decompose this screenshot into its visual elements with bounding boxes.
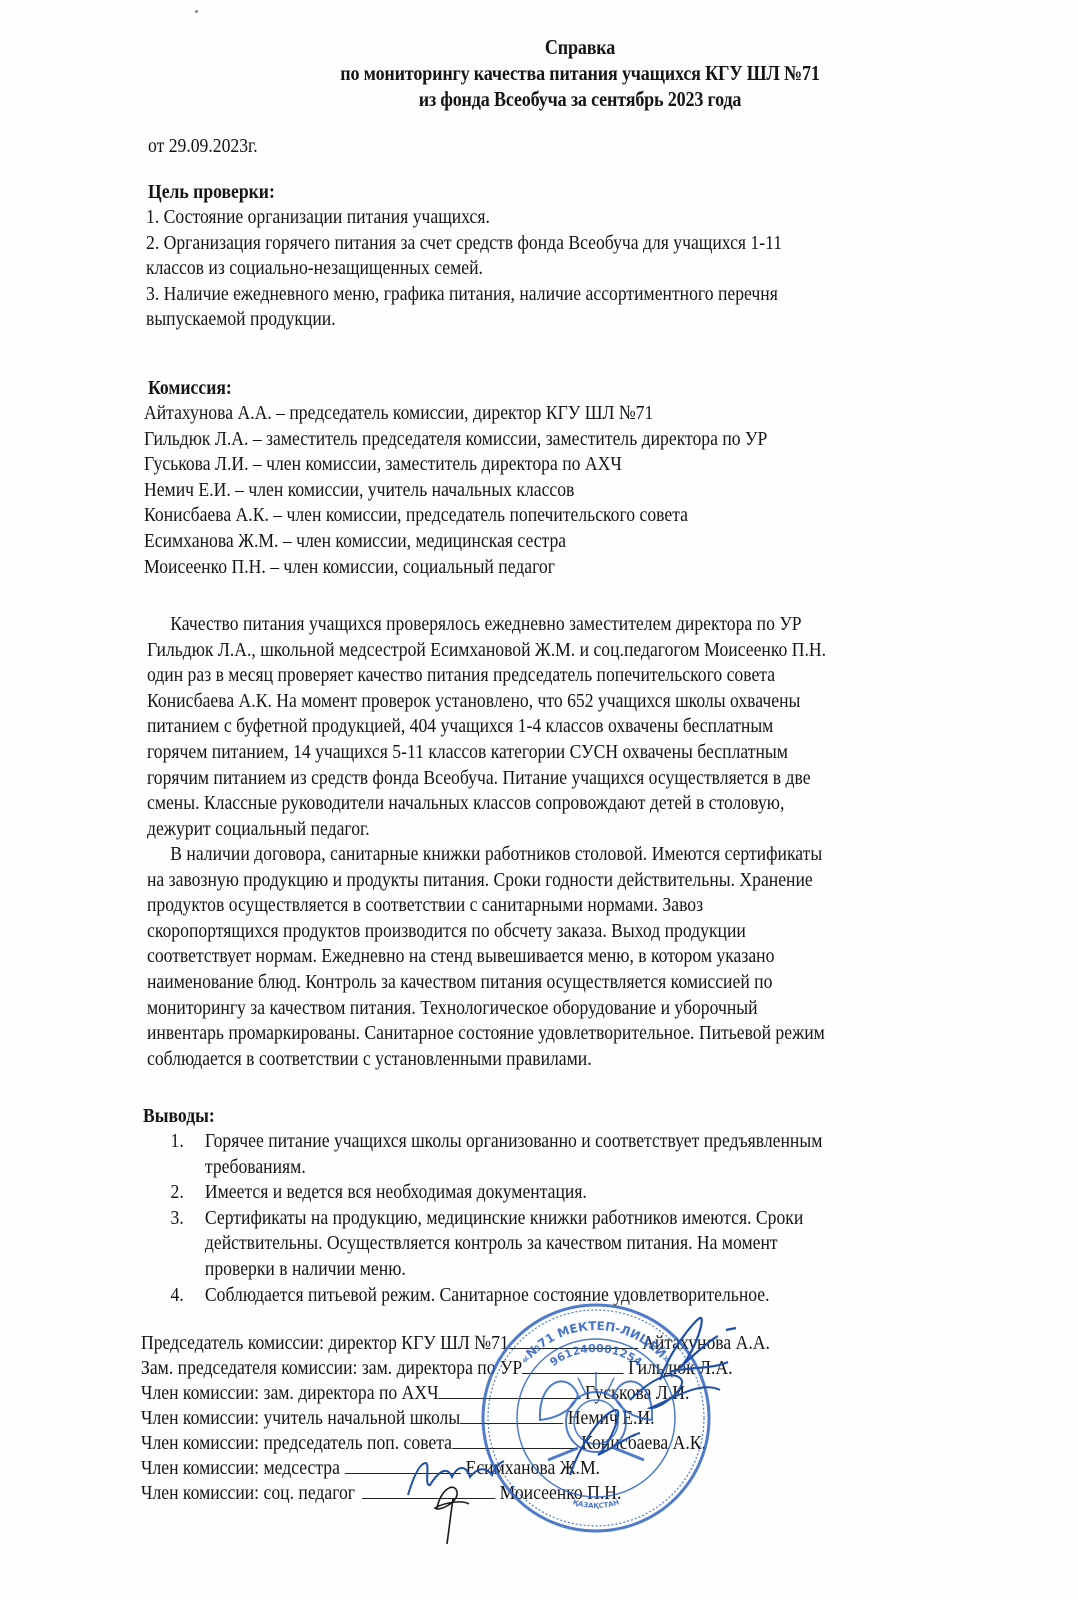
goals-heading: Цель проверки: [148, 180, 275, 206]
conclusion-line: Горячее питание учащихся школы организов… [205, 1129, 822, 1155]
title-line-2: по мониторингу качества питания учащихся… [202, 60, 959, 86]
paragraph-line: продуктов осуществляется в соответствии … [147, 893, 825, 919]
paragraph-line: скоропортящихся продуктов производится п… [147, 919, 825, 945]
signature-role: Член комиссии: председатель поп. совета [141, 1431, 452, 1457]
signature-scribble-icon [560, 1395, 650, 1485]
paragraph-line: инвентарь промаркированы. Санитарное сос… [147, 1021, 825, 1047]
paragraph-line: питанием с буфетной продукцией, 404 учащ… [147, 714, 826, 740]
signature-role: Зам. председателя комиссии: зам. директо… [141, 1356, 522, 1382]
goals-list: 1. Состояние организации питания учащихс… [146, 205, 782, 333]
goal-line: классов из социально-незащищенных семей. [146, 256, 782, 282]
conclusion-number: 4. [171, 1283, 184, 1309]
paragraph-line: горячем питанием, 14 учащихся 5-11 класс… [147, 740, 826, 766]
paragraph-line: один раз в месяц проверяет качество пита… [147, 663, 826, 689]
paragraph-line: мониторингу за качеством питания. Технол… [147, 996, 825, 1022]
signature-role: Член комиссии: медсестра [141, 1456, 340, 1482]
title-line-3: из фонда Всеобуча за сентябрь 2023 года [202, 86, 959, 112]
goal-line: 1. Состояние организации питания учащихс… [146, 205, 782, 231]
paragraph-line: дежурит социальный педагог. [147, 817, 826, 843]
commission-list: Айтахунова А.А. – председатель комиссии,… [144, 401, 767, 580]
signature-scribble-icon [425, 1478, 475, 1548]
conclusions-heading: Выводы: [143, 1104, 215, 1130]
commission-member: Гуськова Л.И. – член комиссии, заместите… [144, 452, 767, 478]
conclusion-line: действительны. Осуществляется контроль з… [205, 1231, 822, 1257]
conclusion-line: требованиям. [205, 1155, 822, 1181]
paragraph-inspection: Качество питания учащихся проверялось еж… [147, 612, 826, 842]
paragraph-line: горячим питанием из средств фонда Всеобу… [147, 766, 826, 792]
title-line-1: Справка [202, 34, 959, 60]
conclusion-item: 2. Имеется и ведется вся необходимая док… [143, 1180, 822, 1206]
paragraph-line: соблюдается в соответствии с установленн… [147, 1047, 825, 1073]
conclusions-list: 1. Горячее питание учащихся школы органи… [143, 1129, 822, 1308]
scan-speck [195, 10, 198, 13]
conclusion-number: 1. [171, 1129, 184, 1155]
commission-member: Моисеенко П.Н. – член комиссии, социальн… [144, 555, 767, 581]
paragraph-line: Качество питания учащихся проверялось еж… [147, 612, 826, 638]
commission-member: Немич Е.И. – член комиссии, учитель нача… [144, 478, 767, 504]
paragraph-line: соответствует нормам. Ежедневно на стенд… [147, 944, 825, 970]
signature-role: Член комиссии: учитель начальной школы [141, 1406, 460, 1432]
conclusion-item: 3. Сертификаты на продукцию, медицинские… [143, 1206, 822, 1283]
commission-member: Конисбаева А.К. – член комиссии, председ… [144, 503, 767, 529]
conclusion-number: 2. [171, 1180, 184, 1206]
goal-line: 3. Наличие ежедневного меню, графика пит… [146, 282, 782, 308]
paragraph-line: В наличии договора, санитарные книжки ра… [147, 842, 825, 868]
goal-line: 2. Организация горячего питания за счет … [146, 231, 782, 257]
document-date: от 29.09.2023г. [148, 134, 258, 160]
conclusion-item: 1. Горячее питание учащихся школы органи… [143, 1129, 822, 1180]
conclusion-number: 3. [171, 1206, 184, 1232]
paragraph-line: смены. Классные руководители начальных к… [147, 791, 826, 817]
commission-member: Гильдюк Л.А. – заместитель председателя … [144, 427, 767, 453]
document-page: Справка по мониторингу качества питания … [0, 0, 1078, 1600]
signature-role: Член комиссии: зам. директора по АХЧ [141, 1381, 439, 1407]
paragraph-documentation: В наличии договора, санитарные книжки ра… [147, 842, 825, 1072]
signature-role: Член комиссии: соц. педагог [141, 1481, 355, 1507]
conclusion-line: Имеется и ведется вся необходимая докуме… [205, 1180, 822, 1206]
conclusion-line: Сертификаты на продукцию, медицинские кн… [205, 1206, 822, 1232]
commission-member: Айтахунова А.А. – председатель комиссии,… [144, 401, 767, 427]
goal-line: выпускаемой продукции. [146, 307, 782, 333]
signature-role: Председатель комиссии: директор КГУ ШЛ №… [141, 1331, 509, 1357]
svg-text:ҚАЗАҚСТАН: ҚАЗАҚСТАН [572, 1498, 620, 1510]
paragraph-line: Конисбаева А.К. На момент проверок устан… [147, 689, 826, 715]
conclusion-line: проверки в наличии меню. [205, 1257, 822, 1283]
document-title: Справка по мониторингу качества питания … [140, 34, 1020, 112]
paragraph-line: на завозную продукцию и продукты питания… [147, 868, 825, 894]
commission-heading: Комиссия: [148, 376, 232, 402]
commission-member: Есимханова Ж.М. – член комиссии, медицин… [144, 529, 767, 555]
paragraph-line: наименование блюд. Контроль за качеством… [147, 970, 825, 996]
paragraph-line: Гильдюк Л.А., школьной медсестрой Есимха… [147, 638, 826, 664]
